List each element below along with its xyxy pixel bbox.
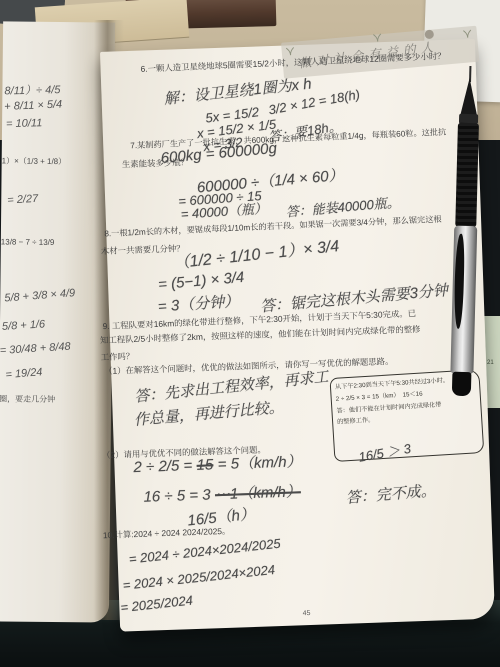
pen-grip <box>455 123 479 228</box>
problem9-work: 16 ÷ 5 = 3 <box>143 486 211 505</box>
sprout-icon <box>460 26 474 40</box>
left-page-scribble: = 2/27 <box>7 193 39 207</box>
problem10-question: 10.计算:2024 ÷ 2024 2024/2025。 <box>103 525 231 541</box>
problem9-answer2-line1: 2 ÷ 2/5 = 15 = 5（km/h） <box>133 450 302 477</box>
pen-tip <box>460 78 478 116</box>
problem8-work: = 3（分钟） <box>157 290 240 317</box>
problem10-work: = 2024 × 2025/2024×2024 <box>122 562 276 593</box>
left-page-scribble: 5/8 + 1/6 <box>2 318 46 333</box>
left-page-scribble: = 10/11 <box>6 117 42 130</box>
left-page-scribble: + 8/11 × 5/4 <box>4 99 62 113</box>
edge-note-number: 21 <box>487 360 494 366</box>
left-page-printed: 13/8 − 7 ÷ 13/9 <box>1 237 55 247</box>
sprout-icon <box>370 30 384 44</box>
problem8-work: （1/2 ÷ 1/10 − 1）× 3/4 <box>172 233 340 273</box>
left-page-printed: 圈，要走几分钟 <box>0 393 55 405</box>
left-page-scribble: = 19/24 <box>5 366 43 381</box>
problem9-work: 2 ÷ 2/5 = <box>133 457 192 476</box>
left-page-printed: 1）×（1/3 + 1/8） <box>2 155 67 167</box>
problem7-work: = 40000（瓶） <box>180 198 267 223</box>
problem9-question: 工作吗？ <box>100 350 134 363</box>
problem9-answer2-line2: 16 ÷ 5 = 3 ⋯1（km/h） <box>143 480 301 506</box>
problem9-work: = 5（km/h） <box>217 453 301 473</box>
left-page-scribble: 5/8 + 3/8 × 4/9 <box>4 287 76 304</box>
left-page-scribble: = 30/48 + 8/48 <box>0 341 71 357</box>
problem9-answer2: 答：完不成。 <box>345 479 437 508</box>
workbook-page: 做对社会有益的人 6.一颗人造卫星绕地球5圈需要15/2小时，这颗人造卫星绕地球… <box>100 39 495 632</box>
problem9-crossed-out: 15 <box>196 456 213 474</box>
left-page-scribble: 8/11）÷ 4/5 <box>4 81 60 98</box>
pen-end-cap <box>452 372 472 396</box>
problem10-work: = 2024 ÷ 2024×2024/2025 <box>128 536 281 567</box>
pen-body-marking <box>454 234 466 330</box>
pen-body <box>450 226 477 375</box>
problem9-crossed-out: ⋯1（km/h） <box>215 483 301 503</box>
page-number: 45 <box>303 610 311 617</box>
problem10-work: = 2025/2024 <box>120 593 194 616</box>
